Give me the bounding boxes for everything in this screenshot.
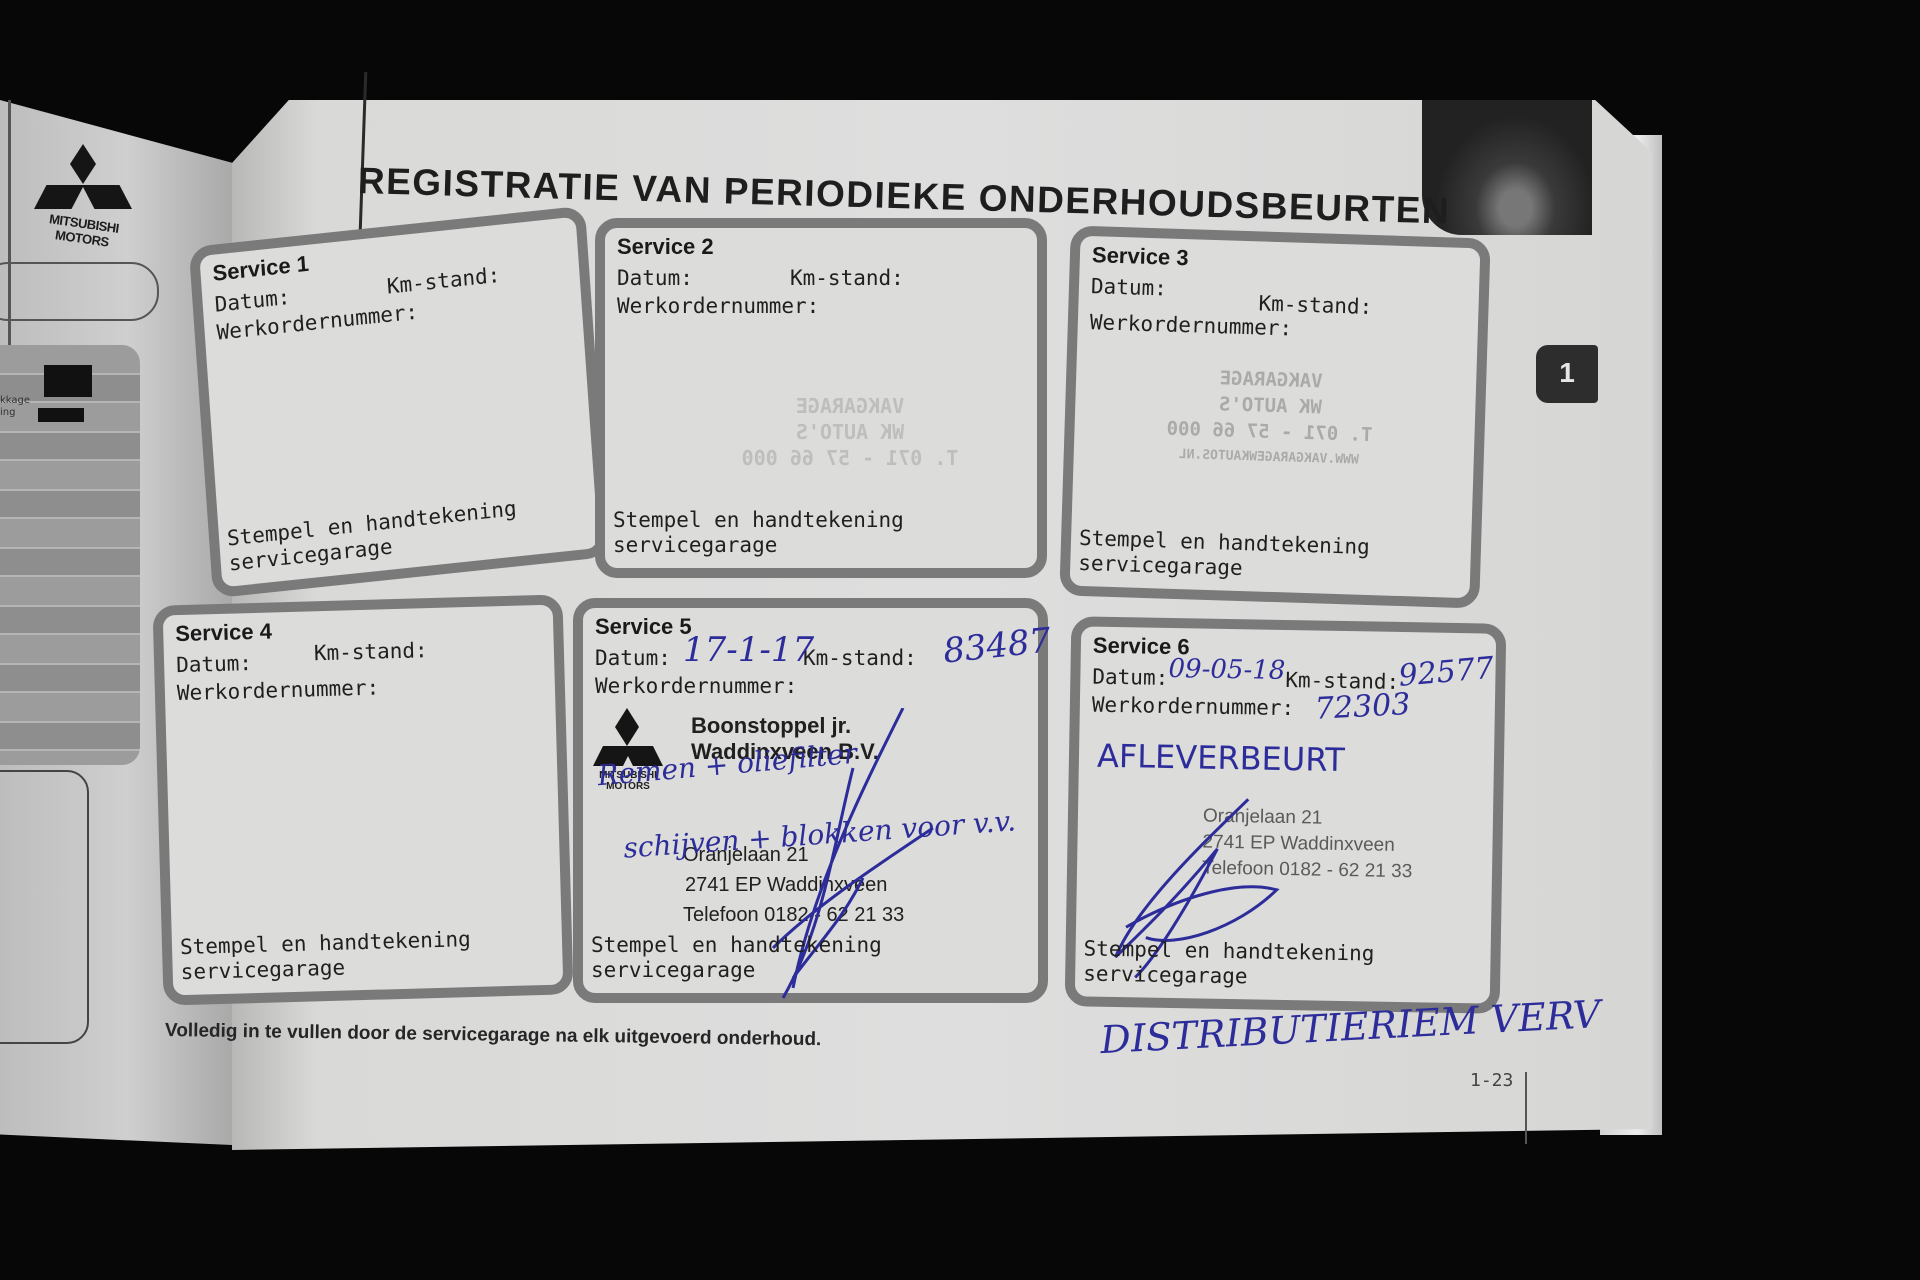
service-box-4: Service 4 Datum: Km-stand: Werkordernumm… [152,594,573,1005]
table-label: ing [0,407,15,418]
ghost-line: VAKGARAGE [700,393,1000,419]
handwritten-note: AFLEVERBEURT [1097,737,1345,779]
stamp-label-line-1: Stempel en handtekening [1083,936,1374,965]
stamp-label-line-2: servicegarage [591,958,755,982]
handwritten-km: 92577 [1397,651,1495,694]
km-label: Km-stand: [1258,291,1372,319]
workorder-label: Werkordernummer: [617,294,819,318]
service-title: Service 5 [595,614,692,640]
table-labels: kkage ing [0,395,30,419]
datum-label: Datum: [214,285,291,317]
datum-label: Datum: [617,266,693,290]
stamp-label-line-1: Stempel en handtekening [613,508,904,532]
service-title: Service 1 [212,251,310,287]
left-page-diagram [0,770,89,1044]
left-page-table: kkage ing [0,345,140,765]
mitsubishi-logo: MITSUBISHI MOTORS [28,140,138,260]
workorder-label: Werkordernummer: [1092,693,1295,721]
stamp-label-line-2: servicegarage [1083,961,1248,988]
stamp-label: Stempel en handtekening servicegarage [180,927,472,985]
ghost-line: T. 071 - 57 66 000 [700,445,1000,471]
datum-label: Datum: [176,651,252,677]
table-swatch [38,408,84,422]
service-box-3: Service 3 Datum: Km-stand: Werkordernumm… [1059,225,1490,608]
handwritten-date: 17-1-17 [683,630,814,670]
service-box-6: Service 6 Datum: Km-stand: Werkordernumm… [1065,616,1507,1014]
chapter-tab[interactable]: 1 [1536,345,1598,403]
datum-label: Datum: [1092,665,1168,690]
handwritten-workorder: 72303 [1314,687,1411,727]
stamp-label: Stempel en handtekening servicegarage [1083,936,1375,991]
table-label: kkage [0,395,30,406]
stamp-label-line-1: Stempel en handtekening [591,933,882,957]
service-title: Service 2 [617,234,714,260]
workorder-label: Werkordernummer: [595,674,797,698]
service-title: Service 3 [1092,242,1189,271]
stamp-label-line-2: servicegarage [180,956,345,985]
stamp-label: Stempel en handtekening servicegarage [1078,526,1370,585]
table-swatch [44,365,92,397]
diamond-right-icon [82,185,132,209]
three-diamonds-icon [615,708,639,746]
datum-label: Datum: [1091,274,1168,300]
stamp-label: Stempel en handtekening servicegarage [591,933,882,983]
page-number: 1-23 [1470,1070,1513,1091]
diamond-left-icon [34,185,84,209]
stamp-label: Stempel en handtekening servicegarage [613,508,904,558]
service-box-1: Service 1 Datum: Km-stand: Werkordernumm… [189,206,610,599]
stamp-label-line-1: Stempel en handtekening [180,927,471,959]
km-label: Km-stand: [386,263,501,299]
service-box-2: Service 2 Datum: Km-stand: Werkordernumm… [595,218,1047,578]
datum-label: Datum: [595,646,671,670]
km-label: Km-stand: [803,646,917,670]
brand-text: MITSUBISHI MOTORS [26,208,139,253]
workorder-label: Werkordernummer: [1090,310,1293,340]
left-page-rule [8,100,11,360]
service-title: Service 4 [175,618,272,647]
three-diamonds-icon [70,144,96,184]
bleed-through-stamp: VAKGARAGE WK AUTO'S T. 071 - 57 66 000 [700,393,1000,471]
handwritten-km: 83487 [941,620,1053,671]
page-number-rule [1525,1072,1527,1144]
ghost-line: WK AUTO'S [700,419,1000,445]
stamp-label-line-2: servicegarage [613,533,777,557]
workorder-label: Werkordernummer: [177,676,380,706]
km-label: Km-stand: [790,266,904,290]
service-box-5: Service 5 Datum: Km-stand: Werkordernumm… [573,598,1048,1003]
km-label: Km-stand: [314,638,428,665]
handwritten-date: 09-05-18 [1168,654,1285,686]
bleed-through-stamp: VAKGARAGE WK AUTO'S T. 071 - 57 66 000 W… [1113,362,1426,476]
left-page-pill-frame [0,262,159,321]
stamp-label-line-2: servicegarage [1078,551,1243,580]
stamp-label: Stempel en handtekening servicegarage [226,496,519,576]
